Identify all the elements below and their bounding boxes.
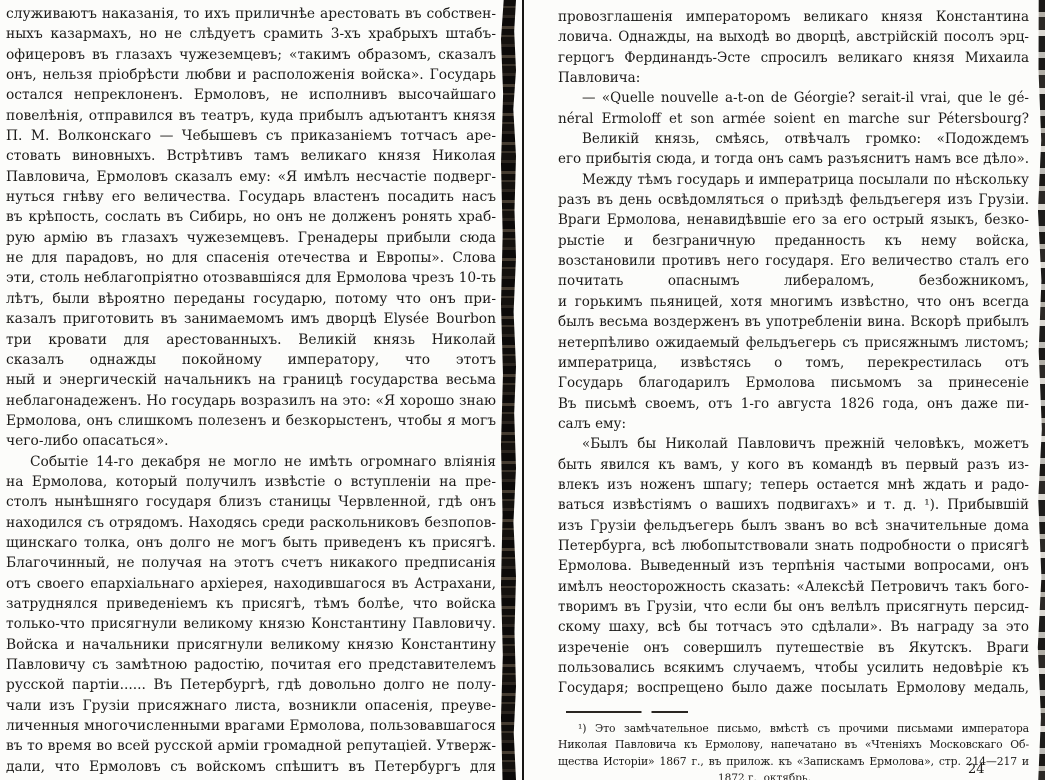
text-line: возстановили противъ него государя. Его … <box>558 251 1029 271</box>
text-line: салъ ему: <box>558 414 1029 434</box>
text-line: Петербурга, всѣ любопытствовали знать по… <box>558 536 1029 556</box>
page-edge-shadow <box>1036 0 1045 780</box>
text-line: Благочинный, не получая на этотъ счетъ н… <box>6 553 496 573</box>
text-line: влекъ изъ ноженъ шпагу; теперь остается … <box>558 475 1029 495</box>
text-line: нетерпѣливо ожидаемый фельдъегерь съ при… <box>558 333 1029 353</box>
text-line: néral Ermoloff et son armée soient en ma… <box>558 109 1029 129</box>
text-line: его прибытія сюда, и тогда онъ самъ разъ… <box>558 149 1029 169</box>
text-line: пользовались всякимъ случаемъ, чтобы уси… <box>558 658 1029 678</box>
text-line: личенныя многочисленными врагами Ермолов… <box>6 716 496 736</box>
text-line: разъ въ день освѣдомляться о приѣздѣ фел… <box>558 190 1029 210</box>
text-line: творимъ въ Грузіи, что если бы онъ велѣл… <box>558 597 1029 617</box>
text-line: и горькимъ пьяницей, хотя многимъ извѣст… <box>558 292 1029 312</box>
text-line: нуться гнѣву его величества. Государь вл… <box>6 187 496 207</box>
text-line: Между тѣмъ государь и императрица посыла… <box>558 170 1029 190</box>
paragraph: «Былъ бы Николай Павловичъ прежній челов… <box>558 434 1029 698</box>
text-line: рыстіе и безграничную преданность къ нем… <box>558 231 1029 251</box>
text-line: изреченіе онъ совершилъ путешествіе въ Я… <box>558 638 1029 658</box>
footnote-rule <box>566 711 688 713</box>
paragraph: служиваютъ наказанія, то ихъ приличнѣе а… <box>6 4 496 452</box>
text-line: на Ермолова, который получилъ извѣстіе о… <box>6 472 496 492</box>
book-scan: служиваютъ наказанія, то ихъ приличнѣе а… <box>0 0 1045 780</box>
text-line: Въ письмѣ своемъ, отъ 1-го августа 1826 … <box>558 394 1029 414</box>
text-line: казалъ приготовить въ занимаемомъ имъ дв… <box>6 309 496 329</box>
text-line: ныхъ казармахъ, но не слѣдуетъ срамить 3… <box>6 24 496 44</box>
text-line: Государя; воспрещено было даже посылать … <box>558 678 1029 698</box>
text-line: скому шаху, всѣ бы тотчасъ это сдѣлали».… <box>558 617 1029 637</box>
paragraph: Великій князь, смѣясь, отвѣчалъ громко: … <box>558 129 1029 170</box>
text-line: затруднялся приведеніемъ къ присягѣ, тѣм… <box>6 594 496 614</box>
text-line: ¹) Это замѣчательное письмо, вмѣстѣ съ п… <box>558 721 1029 737</box>
text-line: три кровати для арестованныхъ. Великій к… <box>6 330 496 350</box>
text-line: почитать опаснымъ либераломъ, безбожнико… <box>558 271 1029 291</box>
text-line: П. М. Волконскаго — Чебышевъ съ приказан… <box>6 126 496 146</box>
text-line: неблагонадеженъ. Но государь возразилъ н… <box>6 391 496 411</box>
text-line: повелѣнія, отправился въ театръ, куда пр… <box>6 106 496 126</box>
text-line: имѣлъ неосторожность сказать: «Алексѣй П… <box>558 577 1029 597</box>
text-line: отъ своего епархіальнаго архіерея, наход… <box>6 574 496 594</box>
text-line: находился съ отрядомъ. Находясь среди ра… <box>6 513 496 533</box>
text-line: онъ, нельзя пріобрѣсти любви и расположе… <box>6 65 496 85</box>
text-line: чали изъ Грузіи присяжнаго листа, возник… <box>6 696 496 716</box>
text-line: русской партіи...... Въ Петербургѣ, гдѣ … <box>6 675 496 695</box>
page-gutter-line <box>522 0 524 780</box>
text-line: былъ весьма воздерженъ въ употребленіи в… <box>558 312 1029 332</box>
signature-number: 24 <box>968 762 985 777</box>
text-line: Павловичу съ замѣтною радостію, почитая … <box>6 655 496 675</box>
left-page: служиваютъ наказанія, то ихъ приличнѣе а… <box>6 4 496 777</box>
journal-footer-fragment: 1872 г., октябрь. <box>718 771 811 780</box>
text-line: Ермолова. Выведенный изъ терпѣнія частым… <box>558 556 1029 576</box>
text-line: щества Исторіи» 1867 г., въ прилож. къ «… <box>558 754 1029 770</box>
text-line: рую армію въ глазахъ чужеземцевъ. Гренад… <box>6 228 496 248</box>
paragraph: — «Quelle nouvelle a-t-on de Géorgie? se… <box>558 88 1029 129</box>
text-line: «Былъ бы Николай Павловичъ прежній челов… <box>558 434 1029 454</box>
text-line: стовать виновныхъ. Встрѣтивъ тамъ велика… <box>6 146 496 166</box>
text-line: Великій князь, смѣясь, отвѣчалъ громко: … <box>558 129 1029 149</box>
text-line: въ то время во всей русской арміи громад… <box>6 736 496 756</box>
text-line: ловича. Однажды, на выходѣ во дворцѣ, ав… <box>558 27 1029 47</box>
paragraph: Событіе 14-го декабря не могло не имѣть … <box>6 452 496 778</box>
text-line: Государь благодарилъ Ермолова письмомъ з… <box>558 373 1029 393</box>
text-line: Войска и начальники присягнули великому … <box>6 635 496 655</box>
text-line: дали, что Ермоловъ съ войскомъ спѣшитъ в… <box>6 757 496 777</box>
text-line: лѣтъ, были вѣроятно переданы государю, п… <box>6 289 496 309</box>
text-line: ваться извѣстіямъ о вашихъ подвигахъ» и … <box>558 495 1029 515</box>
text-line: служиваютъ наказанія, то ихъ приличнѣе а… <box>6 4 496 24</box>
text-line: провозглашенія императоромъ великаго кня… <box>558 7 1029 27</box>
text-line: герцогъ Фердинандъ-Эсте спросилъ великаг… <box>558 48 1029 68</box>
text-line: Николая Павловича къ Ермолову, напечатан… <box>558 737 1029 753</box>
text-line: щинскаго толка, онъ долго не могъ быть п… <box>6 533 496 553</box>
right-page: провозглашенія императоромъ великаго кня… <box>558 7 1029 699</box>
text-line: сказалъ однажды покойному императору, чт… <box>6 350 496 370</box>
text-line: изъ Грузіи фельдъегерь былъ званъ во всѣ… <box>558 516 1029 536</box>
text-line: Павловича: <box>558 68 1029 88</box>
text-line: быть явился къ вамъ, у кого въ командѣ в… <box>558 455 1029 475</box>
text-line: офицеровъ въ глазахъ чужеземцевъ; «таким… <box>6 45 496 65</box>
text-line: въ крѣпость, сослать въ Сибирь, но онъ н… <box>6 207 496 227</box>
text-line: не для парадовъ, но для спасенія отечест… <box>6 248 496 268</box>
text-line: чего-либо опасаться». <box>6 431 496 451</box>
footnote: ¹) Это замѣчательное письмо, вмѣстѣ съ п… <box>558 721 1029 770</box>
text-line: Павловича, Ермоловъ сказалъ ему: «Я имѣл… <box>6 167 496 187</box>
text-line: Враги Ермолова, ненавидѣвшіе его за его … <box>558 210 1029 230</box>
text-line: только-что присягнули великому князю Кон… <box>6 614 496 634</box>
text-line: эти, столь неблагопріятно отозвавшіяся д… <box>6 268 496 288</box>
text-line: — «Quelle nouvelle a-t-on de Géorgie? se… <box>558 88 1029 108</box>
text-line: Ермолова, онъ слишкомъ полезенъ и безкор… <box>6 411 496 431</box>
text-line: столъ нынѣшняго государя близъ станицы Ч… <box>6 492 496 512</box>
paragraph: провозглашенія императоромъ великаго кня… <box>558 7 1029 88</box>
text-line: остался непреклоненъ. Ермоловъ, не испол… <box>6 85 496 105</box>
page-gutter-shadow <box>501 0 516 780</box>
text-line: императрица, извѣстясь о томъ, перекрест… <box>558 353 1029 373</box>
text-line: ный и энергическій начальникъ на границѣ… <box>6 370 496 390</box>
paragraph: Между тѣмъ государь и императрица посыла… <box>558 170 1029 434</box>
text-line: Событіе 14-го декабря не могло не имѣть … <box>6 452 496 472</box>
